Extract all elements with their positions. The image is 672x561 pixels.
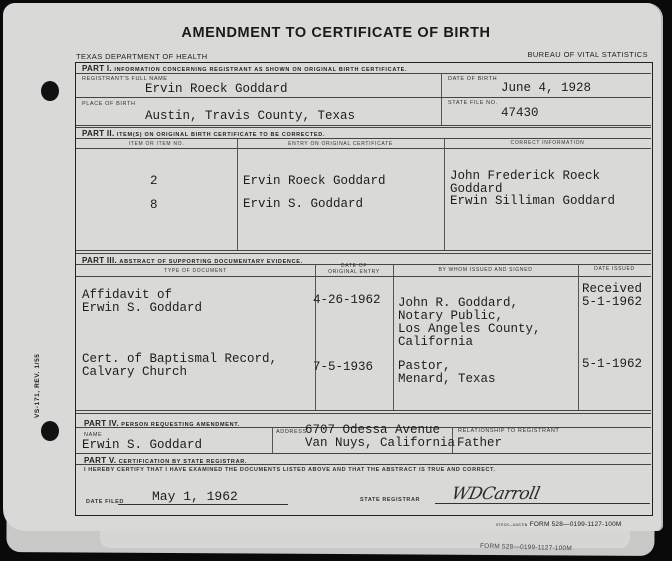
divider bbox=[76, 125, 651, 126]
divider bbox=[76, 138, 651, 139]
date-original-entry: 4-26-1962 bbox=[313, 294, 381, 307]
address-line2: Van Nuys, California bbox=[305, 437, 455, 450]
registrar-signature: WDCarroll bbox=[450, 484, 541, 504]
address-label: ADDRESS bbox=[276, 429, 307, 435]
place-of-birth: Austin, Travis County, Texas bbox=[145, 110, 355, 123]
col-item-no: ITEM OR ITEM NO. bbox=[76, 141, 237, 147]
divider bbox=[76, 97, 651, 98]
part1-label: PART I. bbox=[82, 64, 112, 73]
printer-imprint: STECK—AUSTIN bbox=[496, 523, 528, 527]
divider bbox=[393, 264, 394, 410]
dob-label: DATE OF BIRTH bbox=[448, 76, 497, 82]
punch-hole-bottom bbox=[41, 421, 59, 441]
divider bbox=[441, 73, 442, 125]
correct-info: Erwin Silliman Goddard bbox=[450, 195, 615, 208]
col-correct-info: CORRECT INFORMATION bbox=[444, 140, 651, 146]
document-title: AMENDMENT TO CERTIFICATE OF BIRTH bbox=[0, 25, 672, 41]
original-entry: Ervin Roeck Goddard bbox=[243, 175, 386, 188]
divider bbox=[76, 253, 651, 254]
document-type: Affidavit of Erwin S. Goddard bbox=[82, 289, 202, 315]
divider bbox=[76, 276, 651, 277]
divider bbox=[272, 427, 273, 453]
state-file-no-label: STATE FILE NO. bbox=[448, 100, 498, 106]
divider bbox=[76, 127, 651, 128]
date-issued: Received 5-1-1962 bbox=[582, 283, 642, 309]
divider bbox=[76, 73, 651, 74]
registrant-full-name: Ervin Roeck Goddard bbox=[145, 83, 288, 96]
issued-by: John R. Goddard, Notary Public, Los Ange… bbox=[398, 297, 541, 349]
date-of-birth: June 4, 1928 bbox=[501, 82, 591, 95]
form-number: FORM 528—0199-1127-100M bbox=[530, 521, 622, 528]
form-number-footer: STECK—AUSTIN FORM 528—0199-1127-100M bbox=[496, 521, 622, 528]
col-date-original-entry: DATE OF ORIGINAL ENTRY bbox=[315, 263, 393, 275]
date-filed-line bbox=[118, 504, 288, 505]
side-form-code: VS-171, REV. 1/55 bbox=[34, 353, 41, 418]
original-entry: Ervin S. Goddard bbox=[243, 198, 363, 211]
part1-heading: PART I. INFORMATION CONCERNING REGISTRAN… bbox=[82, 64, 407, 73]
date-original-entry: 7-5-1936 bbox=[313, 361, 373, 374]
col-type-of-document: TYPE OF DOCUMENT bbox=[76, 268, 315, 274]
divider bbox=[578, 264, 579, 410]
divider bbox=[444, 138, 445, 250]
correct-info: John Frederick Roeck Goddard bbox=[450, 170, 600, 196]
item-number: 2 bbox=[150, 175, 158, 188]
requester-name: Erwin S. Goddard bbox=[82, 439, 202, 452]
divider bbox=[76, 148, 651, 149]
col-date-issued: DATE ISSUED bbox=[578, 266, 651, 272]
date-filed: May 1, 1962 bbox=[152, 490, 238, 503]
divider bbox=[76, 413, 651, 414]
col-issued-by: BY WHOM ISSUED AND SIGNED bbox=[393, 267, 578, 273]
issued-by: Pastor, Menard, Texas bbox=[398, 360, 496, 386]
divider bbox=[76, 453, 651, 454]
relationship: Father bbox=[457, 437, 502, 450]
place-of-birth-label: PLACE OF BIRTH bbox=[82, 101, 136, 107]
col-original-entry: ENTRY ON ORIGINAL CERTIFICATE bbox=[237, 141, 444, 147]
state-file-no: 47430 bbox=[501, 107, 539, 120]
part2-heading: PART II. ITEM(S) ON ORIGINAL BIRTH CERTI… bbox=[82, 129, 325, 138]
certification-text: I HEREBY CERTIFY THAT I HAVE EXAMINED TH… bbox=[84, 467, 496, 473]
relationship-label: RELATIONSHIP TO REGISTRANT bbox=[458, 428, 559, 434]
state-registrar-label: STATE REGISTRAR bbox=[360, 497, 420, 503]
divider bbox=[315, 264, 316, 410]
document-type: Cert. of Baptismal Record, Calvary Churc… bbox=[82, 353, 277, 379]
part2-label: PART II. bbox=[82, 129, 114, 138]
agency-right: BUREAU OF VITAL STATISTICS bbox=[527, 50, 648, 59]
date-issued: 5-1-1962 bbox=[582, 358, 642, 371]
divider bbox=[76, 250, 651, 251]
divider bbox=[237, 138, 238, 250]
punch-hole-top bbox=[41, 81, 59, 101]
agency-left: TEXAS DEPARTMENT OF HEALTH bbox=[76, 52, 208, 61]
item-number: 8 bbox=[150, 199, 158, 212]
divider bbox=[76, 464, 651, 465]
divider bbox=[76, 410, 651, 411]
